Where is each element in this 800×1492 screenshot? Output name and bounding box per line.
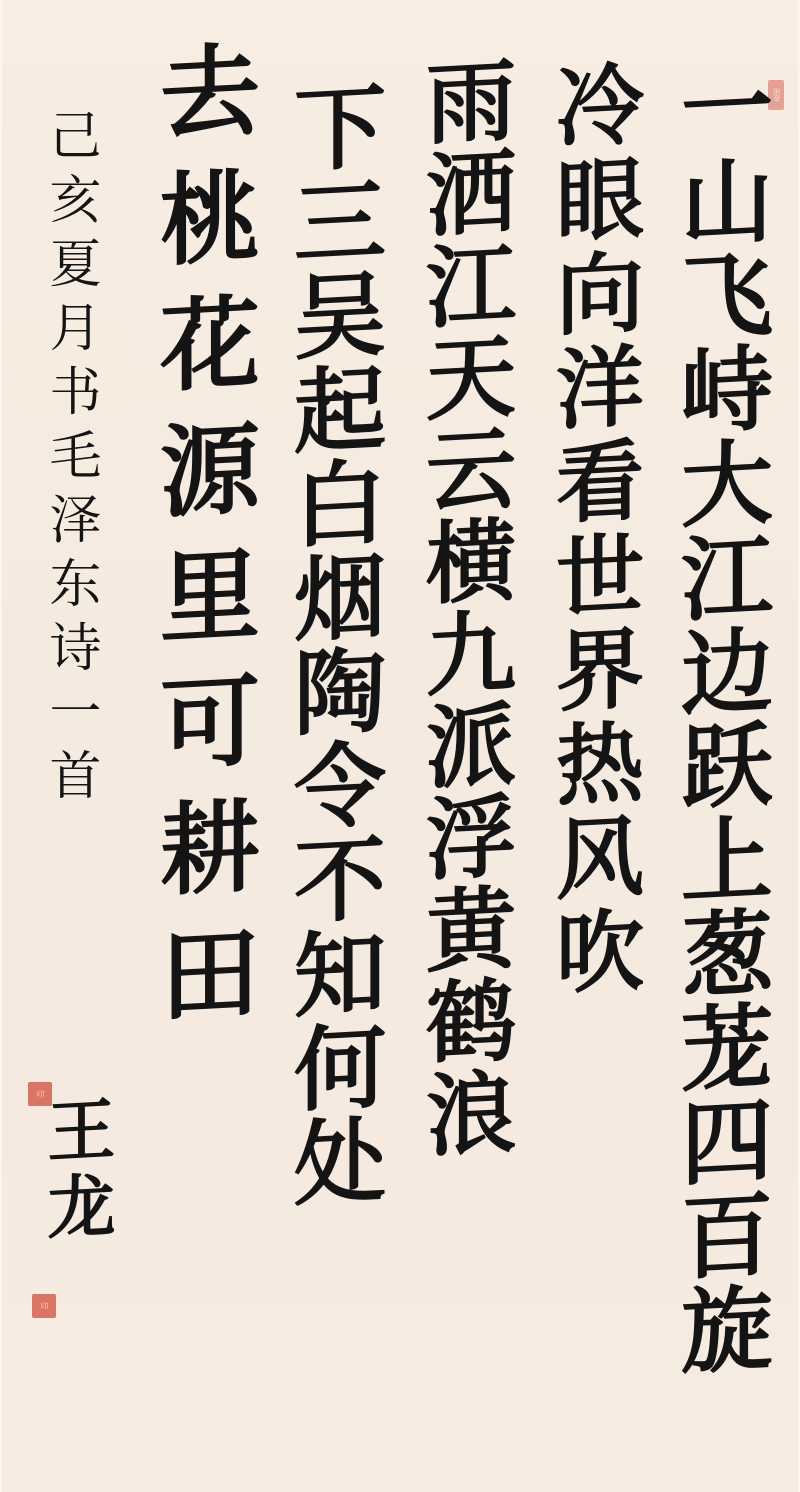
calligraphy-scroll: 闲章 一山飞峙大江边跃上葱茏四百旋 冷眼向洋看世界热风吹 雨洒江天云横九派浮黄鹤…: [0, 0, 800, 1492]
studio-seal: 印: [32, 1294, 56, 1318]
name-seal: 印: [28, 1082, 52, 1106]
poem-column-4: 下三吴起白烟陶令不知何处: [287, 78, 379, 1211]
poem-column-2: 冷眼向洋看世界热风吹: [550, 58, 638, 1003]
artist-signature: 王龙: [42, 1093, 110, 1249]
poem-column-5: 去桃花源里可耕田: [152, 37, 252, 1050]
inscription-text: 己亥夏月书毛泽东诗一首: [44, 108, 96, 812]
poem-column-3: 雨洒江天云横九派浮黄鹤浪: [418, 53, 508, 1162]
poem-column-1: 一山飞峙大江边跃上葱茏四百旋: [674, 58, 766, 1379]
